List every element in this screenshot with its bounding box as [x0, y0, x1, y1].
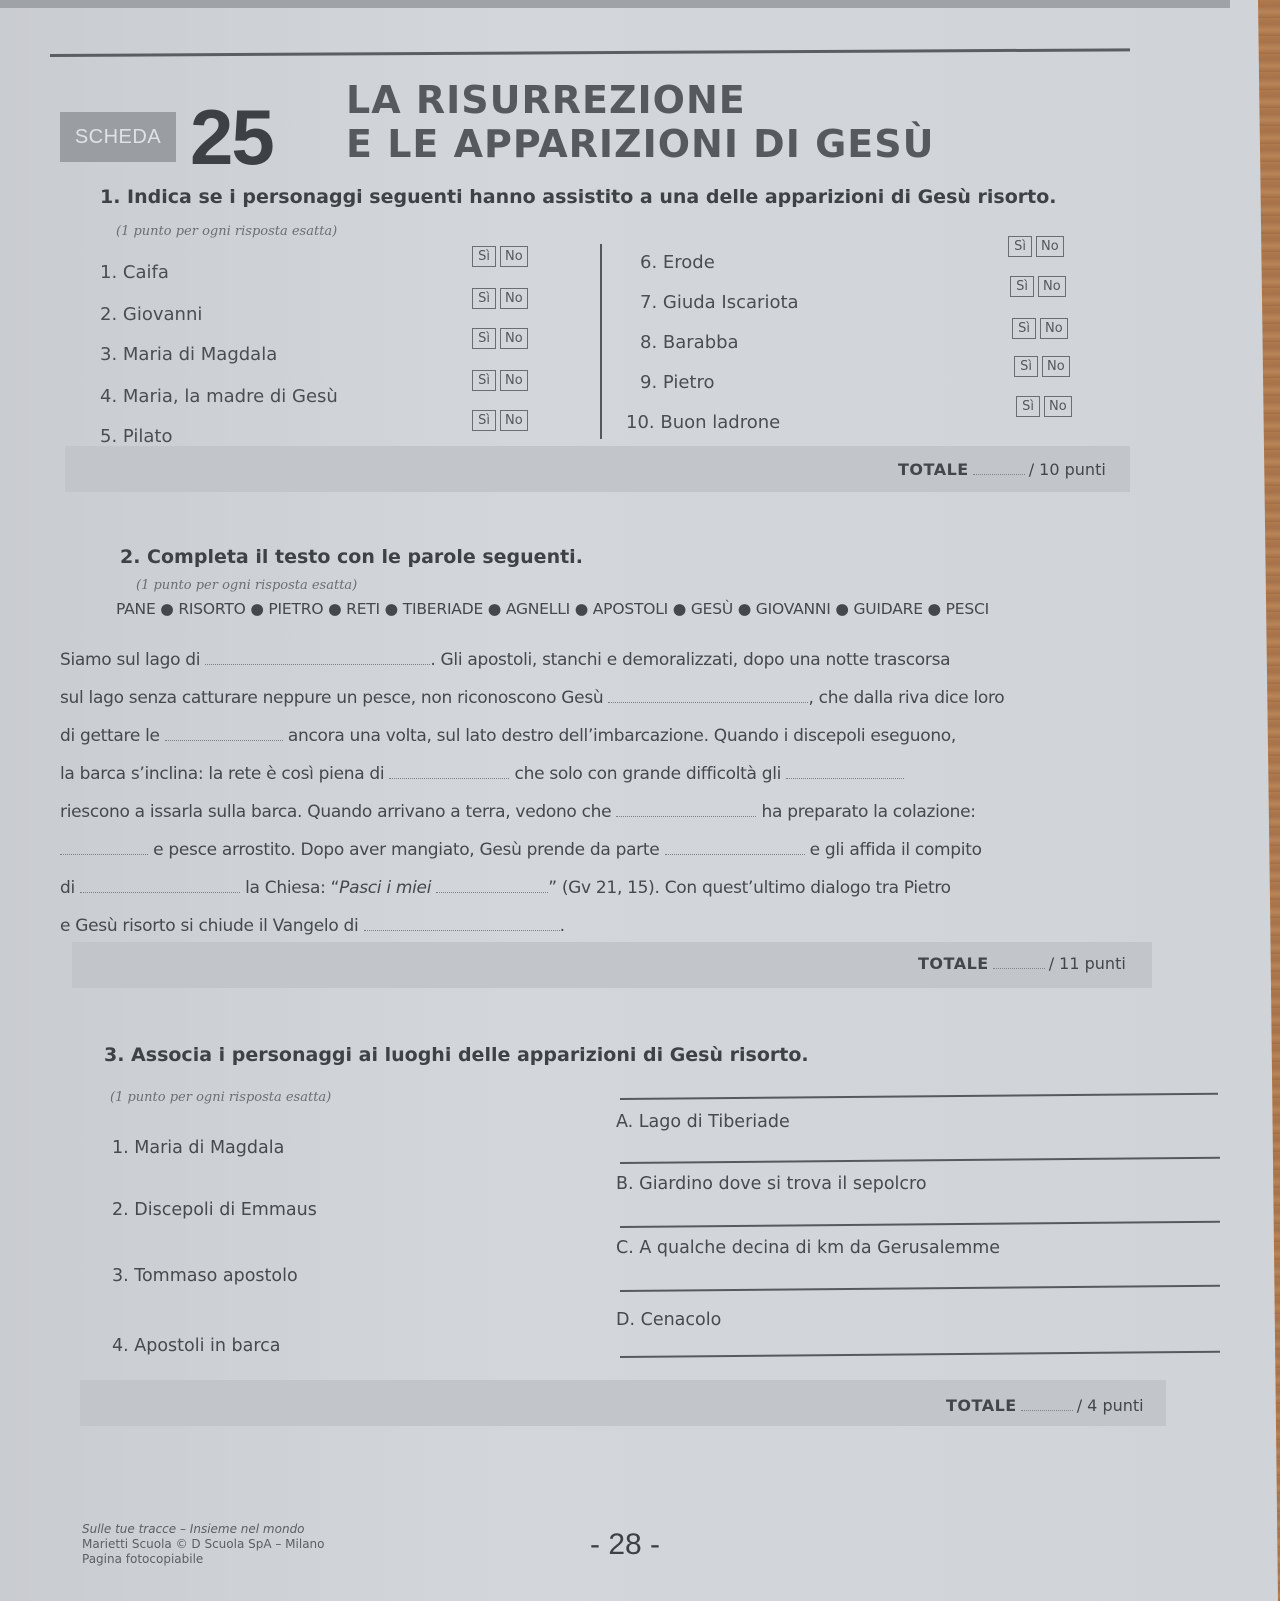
fill-in-blank[interactable] [665, 853, 805, 855]
no-box[interactable]: No [500, 328, 528, 349]
fill-in-blank[interactable] [60, 853, 148, 855]
character-item: 1. Caifa [100, 262, 169, 283]
text-segment: , che dalla riva dice loro [808, 688, 1004, 708]
yes-no-choice: SìNo [472, 370, 528, 391]
character-item: 8. Barabba [640, 332, 739, 353]
title-line-1: LA RISURREZIONE [346, 78, 934, 122]
header-rule [50, 48, 1130, 57]
text-segment: di [60, 878, 80, 898]
yes-box[interactable]: Sì [472, 246, 496, 267]
character-item: 4. Maria, la madre di Gesù [100, 386, 338, 407]
match-character: 3. Tommaso apostolo [112, 1266, 298, 1286]
text-segment: Pasci i miei [339, 878, 431, 898]
yes-no-choice: SìNo [472, 288, 528, 309]
totale-label: TOTALE [898, 460, 969, 479]
character-item: 9. Pietro [640, 372, 715, 393]
title-line-2: E LE APPARIZIONI DI GESÙ [346, 122, 934, 166]
text-segment: ha preparato la colazione: [756, 802, 975, 822]
fill-in-blank[interactable] [608, 701, 808, 703]
book-title: Sulle tue tracce – Insieme nel mondo [82, 1522, 325, 1537]
yes-box[interactable]: Sì [1008, 236, 1032, 257]
text-segment: Siamo sul lago di [60, 650, 205, 670]
match-character: 1. Maria di Magdala [112, 1138, 284, 1158]
text-segment: e pesce arrostito. Dopo aver mangiato, G… [148, 840, 665, 860]
match-place: B. Giardino dove si trova il sepolcro [616, 1174, 927, 1194]
yes-box[interactable]: Sì [472, 410, 496, 431]
scheda-label: SCHEDA [60, 112, 176, 162]
text-segment: ” (Gv 21, 15). Con quest’ultimo dialogo … [548, 878, 951, 898]
yes-no-choice: SìNo [1012, 318, 1068, 339]
paragraph-line: riescono a issarla sulla barca. Quando a… [60, 802, 976, 822]
fill-in-blank[interactable] [364, 929, 560, 931]
page-top-edge [0, 0, 1230, 8]
character-item: 2. Giovanni [100, 304, 202, 325]
text-segment: sul lago senza catturare neppure un pesc… [60, 688, 608, 708]
yes-no-choice: SìNo [472, 246, 528, 267]
paragraph-line: Siamo sul lago di . Gli apostoli, stanch… [60, 650, 950, 670]
footer-credits: Sulle tue tracce – Insieme nel mondo Mar… [82, 1522, 325, 1567]
fill-in-blank[interactable] [205, 663, 430, 665]
character-item: 7. Giuda Iscariota [640, 292, 799, 313]
yes-box[interactable]: Sì [1012, 318, 1036, 339]
yes-box[interactable]: Sì [472, 328, 496, 349]
yes-box[interactable]: Sì [1010, 276, 1034, 297]
answer-line[interactable] [620, 1221, 1220, 1228]
paragraph-line: sul lago senza catturare neppure un pesc… [60, 688, 1004, 708]
match-place: A. Lago di Tiberiade [616, 1112, 790, 1132]
text-segment: la barca s’inclina: la rete è così piena… [60, 764, 389, 784]
match-character: 2. Discepoli di Emmaus [112, 1200, 317, 1220]
page-title: LA RISURREZIONE E LE APPARIZIONI DI GESÙ [346, 78, 934, 166]
no-box[interactable]: No [500, 410, 528, 431]
yes-no-choice: SìNo [1010, 276, 1066, 297]
totale-points: / 10 punti [1029, 460, 1106, 479]
no-box[interactable]: No [500, 288, 528, 309]
text-segment: . [560, 916, 565, 936]
fill-in-blank[interactable] [616, 815, 756, 817]
no-box[interactable]: No [1044, 396, 1072, 417]
yes-no-choice: SìNo [1014, 356, 1070, 377]
exercise1-subtitle: (1 punto per ogni risposta esatta) [116, 224, 337, 239]
exercise3-subtitle: (1 punto per ogni risposta esatta) [110, 1090, 331, 1105]
no-box[interactable]: No [1038, 276, 1066, 297]
no-box[interactable]: No [1040, 318, 1068, 339]
text-segment: . Gli apostoli, stanchi e demoralizzati,… [430, 650, 950, 670]
yes-box[interactable]: Sì [1014, 356, 1038, 377]
fill-in-blank[interactable] [786, 777, 904, 779]
totale-points: / 11 punti [1049, 954, 1126, 973]
text-segment: la Chiesa: “ [240, 878, 339, 898]
character-item: 10. Buon ladrone [626, 412, 780, 433]
character-item: 6. Erode [640, 252, 715, 273]
text-segment: e Gesù risorto si chiude il Vangelo di [60, 916, 364, 936]
paragraph-line: e pesce arrostito. Dopo aver mangiato, G… [60, 840, 982, 860]
match-place: D. Cenacolo [616, 1310, 721, 1330]
yes-box[interactable]: Sì [1016, 396, 1040, 417]
totale-points: / 4 punti [1077, 1396, 1144, 1415]
word-bank: PANE ● RISORTO ● PIETRO ● RETI ● TIBERIA… [116, 600, 989, 618]
answer-line[interactable] [620, 1351, 1220, 1358]
text-segment: di gettare le [60, 726, 165, 746]
publisher: Marietti Scuola © D Scuola SpA – Milano [82, 1537, 325, 1552]
paragraph-line: di gettare le ancora una volta, sul lato… [60, 726, 956, 746]
no-box[interactable]: No [1036, 236, 1064, 257]
fill-in-blank[interactable] [80, 891, 240, 893]
totale-3: TOTALE/ 4 punti [946, 1396, 1144, 1415]
totale-score-field[interactable] [973, 474, 1025, 475]
fill-in-blank[interactable] [436, 891, 548, 893]
no-box[interactable]: No [500, 370, 528, 391]
text-segment: che solo con grande difficoltà gli [509, 764, 786, 784]
fill-in-blank[interactable] [165, 739, 283, 741]
exercise2-title: 2. Completa il testo con le parole segue… [120, 546, 583, 568]
exercise2-subtitle: (1 punto per ogni risposta esatta) [136, 578, 357, 593]
page-number: - 28 - [590, 1528, 660, 1562]
paragraph-line: la barca s’inclina: la rete è così piena… [60, 764, 904, 784]
match-character: 4. Apostoli in barca [112, 1336, 281, 1356]
column-divider [600, 244, 602, 439]
no-box[interactable]: No [1042, 356, 1070, 377]
totale-1: TOTALE/ 10 punti [898, 460, 1106, 479]
photocopy-note: Pagina fotocopiabile [82, 1552, 325, 1567]
yes-no-choice: SìNo [472, 410, 528, 431]
answer-line[interactable] [620, 1285, 1220, 1292]
text-segment: e gli affida il compito [805, 840, 982, 860]
paragraph-line: e Gesù risorto si chiude il Vangelo di . [60, 916, 565, 936]
match-place: C. A qualche decina di km da Gerusalemme [616, 1238, 1000, 1258]
answer-line[interactable] [620, 1157, 1220, 1164]
totale-2: TOTALE/ 11 punti [918, 954, 1126, 973]
yes-no-choice: SìNo [1016, 396, 1072, 417]
yes-no-choice: SìNo [1008, 236, 1064, 257]
paragraph-line: di la Chiesa: “Pasci i miei ” (Gv 21, 15… [60, 878, 951, 898]
text-segment: ancora una volta, sul lato destro dell’i… [283, 726, 956, 746]
exercise1-title: 1. Indica se i personaggi seguenti hanno… [100, 186, 1057, 208]
totale-label: TOTALE [946, 1396, 1017, 1415]
text-segment: riescono a issarla sulla barca. Quando a… [60, 802, 616, 822]
yes-no-choice: SìNo [472, 328, 528, 349]
wooden-table-background [1220, 0, 1280, 1601]
text-segment [431, 878, 436, 898]
exercise3-title: 3. Associa i personaggi ai luoghi delle … [104, 1044, 809, 1066]
scheda-number: 25 [190, 92, 273, 183]
yes-box[interactable]: Sì [472, 370, 496, 391]
totale-score-field[interactable] [993, 968, 1045, 969]
yes-box[interactable]: Sì [472, 288, 496, 309]
match-line-top [620, 1093, 1218, 1100]
totale-label: TOTALE [918, 954, 989, 973]
character-item: 3. Maria di Magdala [100, 344, 277, 365]
character-item: 5. Pilato [100, 426, 172, 447]
totale-score-field[interactable] [1021, 1410, 1073, 1411]
fill-in-blank[interactable] [389, 777, 509, 779]
no-box[interactable]: No [500, 246, 528, 267]
